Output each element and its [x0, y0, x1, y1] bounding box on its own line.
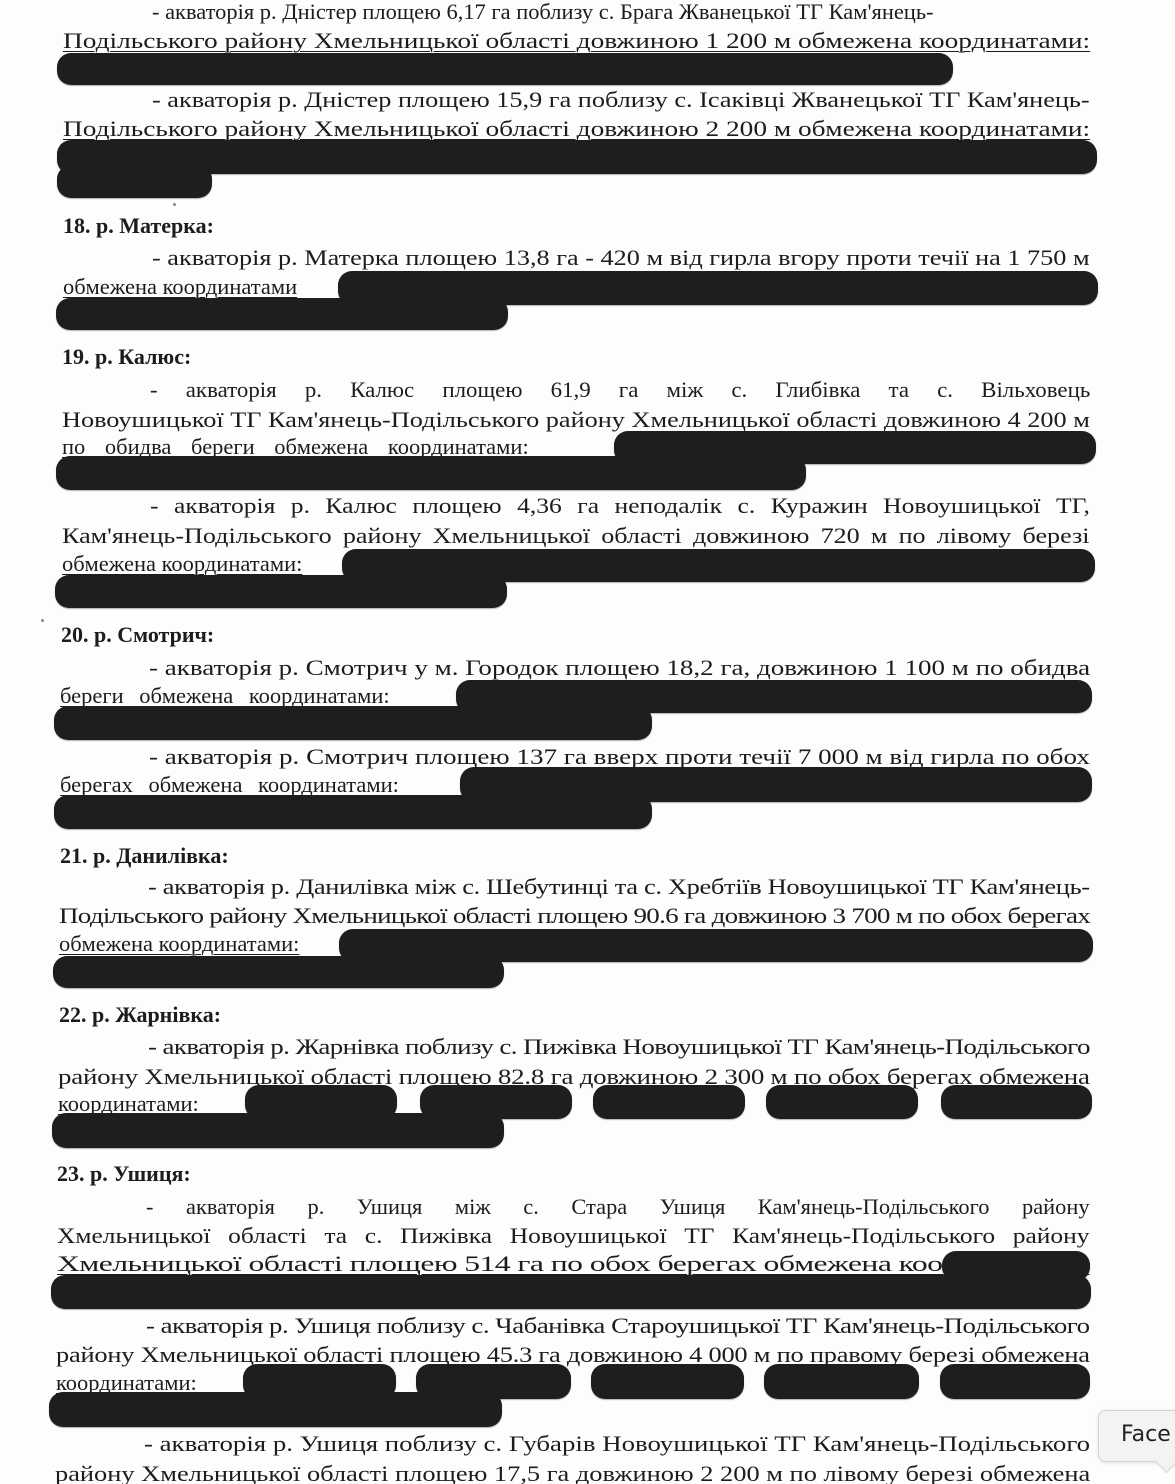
- text-line: обмежена координатами:: [62, 550, 302, 578]
- text-line: Подільського району Хмельницької області…: [63, 27, 1090, 55]
- section-heading: 20. р. Смотрич:: [61, 621, 214, 649]
- section-heading: 22. р. Жарнівка:: [59, 1001, 221, 1029]
- text-line: - акваторія р. Жарнівка поблизу с. Пижів…: [148, 1033, 1090, 1061]
- redaction-bar: [591, 1364, 744, 1399]
- text-line: Новоушицької ТГ Кам'янець-Подільського р…: [62, 406, 1090, 434]
- text-line: - акваторія р. Ушиця поблизу с. Чабанівк…: [146, 1312, 1090, 1340]
- redaction-bar: [56, 456, 806, 490]
- text-line: Кам'янець-Подільського району Хмельницьк…: [62, 522, 1090, 550]
- redaction-bar: [57, 53, 953, 85]
- section-heading: 23. р. Ушиця:: [57, 1160, 191, 1188]
- text-line: - акваторія р. Дністер площею 6,17 га по…: [152, 0, 1090, 26]
- text-line: - акваторія р. Калюс площею 4,36 га непо…: [150, 492, 1090, 520]
- redaction-bar: [941, 1085, 1092, 1119]
- text-line: - акваторія р. Матерка площею 13,8 га - …: [152, 244, 1090, 272]
- text-line: Подільського району Хмельницької області…: [59, 902, 1090, 930]
- text-line: району Хмельницької області площею 45.3 …: [56, 1341, 1090, 1369]
- redaction-bar: [57, 165, 212, 198]
- redaction-bar: [49, 1392, 502, 1427]
- redaction-bar: [52, 1113, 504, 1148]
- text-line: - акваторія р. Ушиця поблизу с. Губарів …: [144, 1430, 1090, 1458]
- text-line: - акваторія р. Калюс площею 61,9 га між …: [150, 376, 1090, 404]
- text-line: Хмельницької області площею 514 га по об…: [57, 1250, 1090, 1278]
- section-heading: 18. р. Матерка:: [63, 212, 214, 240]
- redaction-bar: [54, 795, 652, 829]
- redaction-bar: [764, 1364, 919, 1399]
- section-heading: 19. р. Калюс:: [62, 343, 191, 371]
- text-line: району Хмельницької області площею 82.8 …: [58, 1063, 1090, 1091]
- text-line: району Хмельницької області площею 17,5 …: [55, 1460, 1090, 1484]
- redaction-bar: [53, 956, 504, 988]
- text-line: Хмельницької області та с. Пижівка Новоу…: [57, 1222, 1090, 1250]
- redaction-bar: [593, 1085, 745, 1119]
- redaction-bar: [51, 1275, 1091, 1309]
- text-line: - акваторія р. Дністер площею 15,9 га по…: [152, 86, 1090, 114]
- redaction-bar: [766, 1085, 918, 1119]
- redaction-bar: [57, 140, 1097, 174]
- scanned-document-page: - акваторія р. Дністер площею 6,17 га по…: [0, 0, 1175, 1484]
- text-line: - акваторія р. Смотрич у м. Городок площ…: [149, 654, 1090, 682]
- text-line: - акваторія р. Ушиця між с. Стара Ушиця …: [146, 1193, 1090, 1221]
- text-line: обмежена координатами:: [59, 930, 299, 958]
- text-line: Подільського району Хмельницької області…: [63, 115, 1090, 143]
- redaction-bar: [940, 1364, 1090, 1399]
- redaction-bar: [55, 575, 507, 608]
- section-heading: 21. р. Данилівка:: [60, 842, 229, 870]
- text-line: обмежена координатами: [63, 273, 297, 301]
- redaction-bar: [54, 706, 652, 740]
- redaction-bar: [56, 298, 508, 330]
- face-tooltip[interactable]: Face: [1098, 1410, 1175, 1462]
- text-line: - акваторія р. Данилівка між с. Шебутинц…: [148, 873, 1090, 901]
